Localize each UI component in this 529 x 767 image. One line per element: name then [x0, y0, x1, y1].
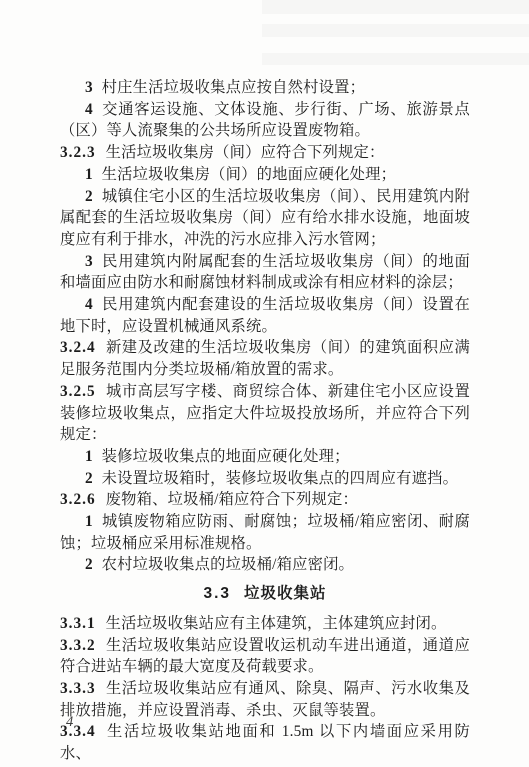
paragraph-text: 农村垃圾收集点的垃圾桶/箱应密闭。 — [102, 556, 354, 573]
paragraph-3.3.3: 3.3.3生活垃圾收集站应有通风、除臭、隔声、污水收集及排放措施，并应设置消毒、… — [60, 678, 470, 721]
clause-number: 3.3.2 — [60, 637, 96, 654]
paragraph-1: 1城镇废物箱应防雨、耐腐蚀；垃圾桶/箱应密闭、耐腐蚀；垃圾桶应采用标准规格。 — [60, 511, 470, 554]
clause-number: 3.3.1 — [60, 615, 96, 632]
paragraph-3: 3村庄生活垃圾收集点应按自然村设置； — [60, 77, 470, 99]
paragraph-text: 村庄生活垃圾收集点应按自然村设置； — [102, 79, 365, 96]
scan-artifact-band — [262, 53, 529, 65]
clause-number: 1 — [85, 448, 93, 465]
document-page: 3村庄生活垃圾收集点应按自然村设置；4交通客运设施、文体设施、步行街、广场、旅游… — [0, 0, 529, 767]
paragraph-3.2.3: 3.2.3生活垃圾收集房（间）应符合下列规定： — [60, 142, 470, 164]
clause-number: 3.3 — [203, 585, 231, 602]
paragraph-3.3.2: 3.3.2生活垃圾收集站应设置收运机动车进出通道，通道应符合进站车辆的最大宽度及… — [60, 635, 470, 678]
paragraph-3.2.5: 3.2.5城市高层写字楼、商贸综合体、新建住宅小区应设置装修垃圾收集点，应指定大… — [60, 381, 470, 446]
paragraph-3.2.6: 3.2.6废物箱、垃圾桶/箱应符合下列规定： — [60, 489, 470, 511]
clause-number: 3.2.5 — [60, 383, 96, 400]
paragraph-text: 生活垃圾收集站应设置收运机动车进出通道，通道应符合进站车辆的最大宽度及荷载要求。 — [60, 637, 470, 676]
paragraph-text: 城镇住宅小区的生活垃圾收集房（间）、民用建筑内附属配套的生活垃圾收集房（间）应有… — [60, 188, 470, 248]
clause-number: 4 — [85, 296, 93, 313]
paragraph-3.3.1: 3.3.1生活垃圾收集站应有主体建筑，主体建筑应封闭。 — [60, 613, 470, 635]
paragraph-2: 2城镇住宅小区的生活垃圾收集房（间）、民用建筑内附属配套的生活垃圾收集房（间）应… — [60, 186, 470, 251]
paragraph-3.3.4: 3.3.4生活垃圾收集站地面和 1.5m 以下内墙面应采用防水、 — [60, 721, 470, 764]
paragraph-text: 民用建筑内配套建设的生活垃圾收集房（间）设置在地下时，应设置机械通风系统。 — [60, 296, 470, 335]
paragraph-1: 1装修垃圾收集点的地面应硬化处理； — [60, 446, 470, 468]
document-content: 3村庄生活垃圾收集点应按自然村设置；4交通客运设施、文体设施、步行街、广场、旅游… — [60, 77, 470, 765]
scan-artifact-band — [262, 0, 529, 14]
paragraph-text: 装修垃圾收集点的地面应硬化处理； — [102, 448, 350, 465]
clause-number: 1 — [85, 513, 93, 530]
page-number: 4 — [66, 714, 73, 731]
paragraph-text: 生活垃圾收集站应有主体建筑，主体建筑应封闭。 — [106, 615, 447, 632]
paragraph-text: 生活垃圾收集站地面和 1.5m 以下内墙面应采用防水、 — [60, 723, 470, 762]
paragraph-1: 1生活垃圾收集房（间）的地面应硬化处理； — [60, 164, 470, 186]
clause-number: 2 — [85, 470, 93, 487]
paragraph-text: 生活垃圾收集站应有通风、除臭、隔声、污水收集及排放措施，并应设置消毒、杀虫、灭鼠… — [60, 680, 470, 719]
paragraph-text: 城镇废物箱应防雨、耐腐蚀；垃圾桶/箱应密闭、耐腐蚀；垃圾桶应采用标准规格。 — [60, 513, 470, 552]
clause-number: 4 — [85, 101, 93, 118]
paragraph-text: 垃圾收集站 — [244, 585, 327, 602]
clause-number: 3.3.3 — [60, 680, 96, 697]
section-heading: 3.3垃圾收集站 — [60, 583, 470, 605]
paragraph-text: 交通客运设施、文体设施、步行街、广场、旅游景点（区）等人流聚集的公共场所应设置废… — [60, 101, 470, 140]
paragraph-2: 2农村垃圾收集点的垃圾桶/箱应密闭。 — [60, 554, 470, 576]
paragraph-text: 生活垃圾收集房（间）应符合下列规定： — [106, 144, 385, 161]
clause-number: 1 — [85, 166, 93, 183]
paragraph-3: 3民用建筑内附属配套的生活垃圾收集房（间）的地面和墙面应由防水和耐腐蚀材料制成或… — [60, 251, 470, 294]
paragraph-text: 未设置垃圾箱时，装修垃圾收集点的四周应有遮挡。 — [102, 470, 458, 487]
scan-artifact-band — [262, 24, 529, 37]
paragraph-text: 民用建筑内附属配套的生活垃圾收集房（间）的地面和墙面应由防水和耐腐蚀材料制成或涂… — [60, 253, 470, 292]
paragraph-text: 废物箱、垃圾桶/箱应符合下列规定： — [106, 491, 358, 508]
clause-number: 3 — [85, 253, 93, 270]
clause-number: 3 — [85, 79, 93, 96]
clause-number: 2 — [85, 188, 93, 205]
paragraph-text: 新建及改建的生活垃圾收集房（间）的建筑面积应满足服务范围内分类垃圾桶/箱放置的需… — [60, 339, 470, 378]
paragraph-4: 4交通客运设施、文体设施、步行街、广场、旅游景点（区）等人流聚集的公共场所应设置… — [60, 99, 470, 142]
paragraph-4: 4民用建筑内配套建设的生活垃圾收集房（间）设置在地下时，应设置机械通风系统。 — [60, 294, 470, 337]
clause-number: 3.2.3 — [60, 144, 96, 161]
paragraph-2: 2未设置垃圾箱时，装修垃圾收集点的四周应有遮挡。 — [60, 468, 470, 490]
paragraph-text: 城市高层写字楼、商贸综合体、新建住宅小区应设置装修垃圾收集点，应指定大件垃圾投放… — [60, 383, 470, 443]
clause-number: 2 — [85, 556, 93, 573]
clause-number: 3.2.6 — [60, 491, 96, 508]
clause-number: 3.2.4 — [60, 339, 96, 356]
paragraph-text: 生活垃圾收集房（间）的地面应硬化处理； — [102, 166, 396, 183]
paragraph-3.2.4: 3.2.4新建及改建的生活垃圾收集房（间）的建筑面积应满足服务范围内分类垃圾桶/… — [60, 337, 470, 380]
